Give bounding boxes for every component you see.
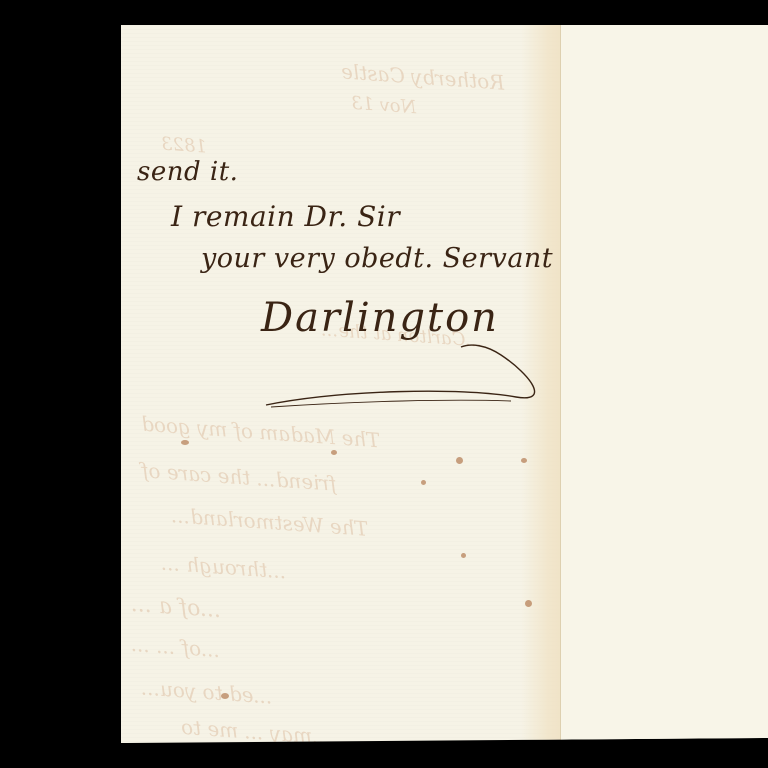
closing-line-remain: I remain Dr. Sir: [171, 200, 400, 233]
ink-spot: [525, 600, 532, 607]
closing-line-servant: your very obedt. Servant: [201, 243, 553, 274]
ink-spot: [181, 440, 189, 445]
ink-spot: [421, 480, 426, 485]
bleed-through-line: ...of a ...: [130, 592, 222, 623]
bleed-through-line: ...of ... ...: [130, 632, 221, 662]
bleed-through-line: Rotherby Castle: [340, 59, 505, 94]
bleed-through-line: ...may ... me to: [180, 715, 332, 749]
ink-spot: [521, 458, 527, 463]
signature-flourish: [261, 335, 551, 415]
right-leaf: [561, 25, 768, 743]
bleed-through-line: ...through ...: [160, 551, 287, 584]
closing-line-send-it: send it.: [137, 157, 238, 187]
letter-paper: Rotherby Castle Nov 13 1823 ...Carlton a…: [121, 25, 768, 743]
bleed-through-line: 1823: [160, 133, 207, 157]
ink-spot: [461, 553, 466, 558]
ink-spot: [331, 450, 337, 455]
bleed-through-line: The Westmorland...: [170, 503, 368, 541]
paper-fold-line: [560, 25, 561, 743]
ink-spot: [456, 457, 463, 464]
bleed-through-line: ...ed to you...: [140, 675, 273, 708]
bleed-through-line: Nov 13: [350, 93, 417, 119]
bleed-through-line: friend... the care of: [140, 458, 337, 496]
ink-spot: [221, 693, 229, 699]
bleed-through-line: The Madam of my good: [140, 412, 380, 453]
